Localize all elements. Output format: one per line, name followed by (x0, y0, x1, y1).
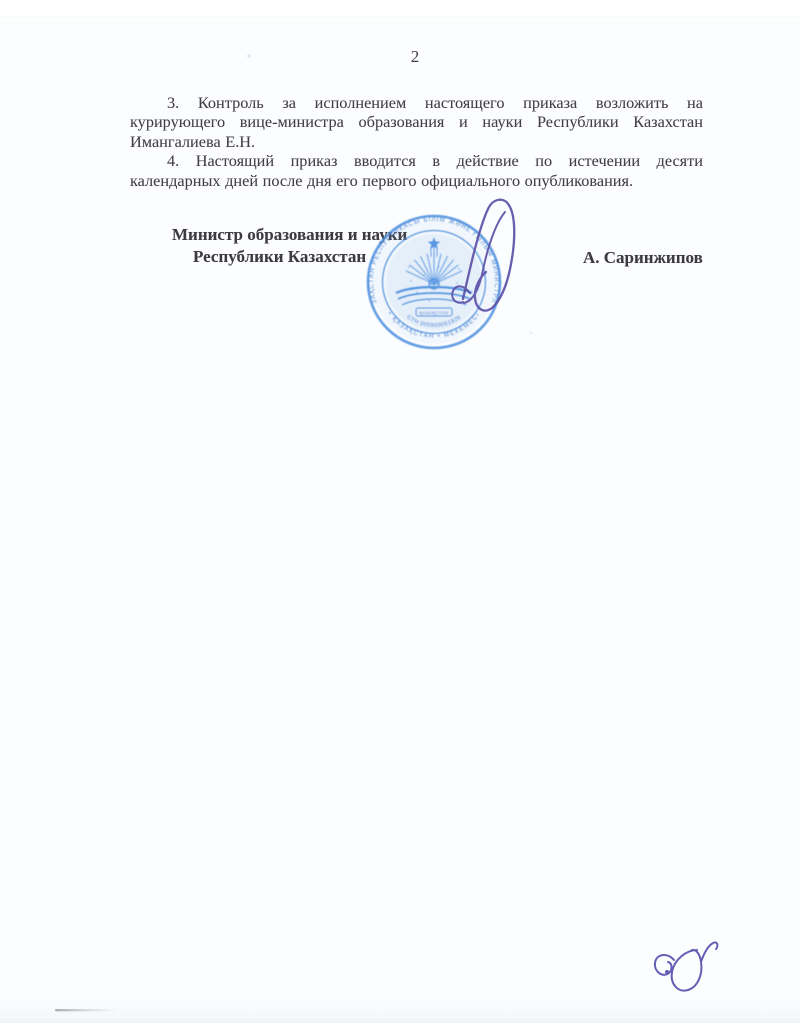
document-page: 2 3. Контроль за исполнением настоящего … (0, 0, 800, 1023)
body-text-line: Имангалиева Е.Н. (130, 132, 703, 151)
scan-artifact-line (55, 1009, 119, 1011)
body-text-line: 4. Настоящий приказ вводится в действие … (130, 151, 703, 170)
minister-title-line2: Республики Казахстан (193, 247, 366, 267)
approval-initials-ink (655, 942, 718, 990)
order-body-text: 3. Контроль за исполнением настоящего пр… (130, 93, 703, 190)
body-text-line: 3. Контроль за исполнением настоящего пр… (130, 93, 703, 112)
seal-graphic: ҚАЗАҚСТАН РЕСПУБЛИКАСЫ БІЛІМ ЖӘНЕ ҒЫЛЫМ … (349, 197, 500, 348)
emblem-banner-text: ҚАЗАҚСТАН (419, 310, 448, 315)
body-text-line: календарных дней после дня его первого о… (130, 171, 703, 190)
signer-name: А. Саринжипов (583, 248, 703, 268)
scan-top-edge (0, 17, 800, 18)
body-text-line: курирующего вице-министра образования и … (130, 112, 703, 131)
scan-bottom-edge (0, 1019, 800, 1023)
official-seal-stamp: ҚАЗАҚСТАН РЕСПУБЛИКАСЫ БІЛІМ ЖӘНЕ ҒЫЛЫМ … (349, 197, 519, 367)
page-number: 2 (400, 47, 430, 67)
